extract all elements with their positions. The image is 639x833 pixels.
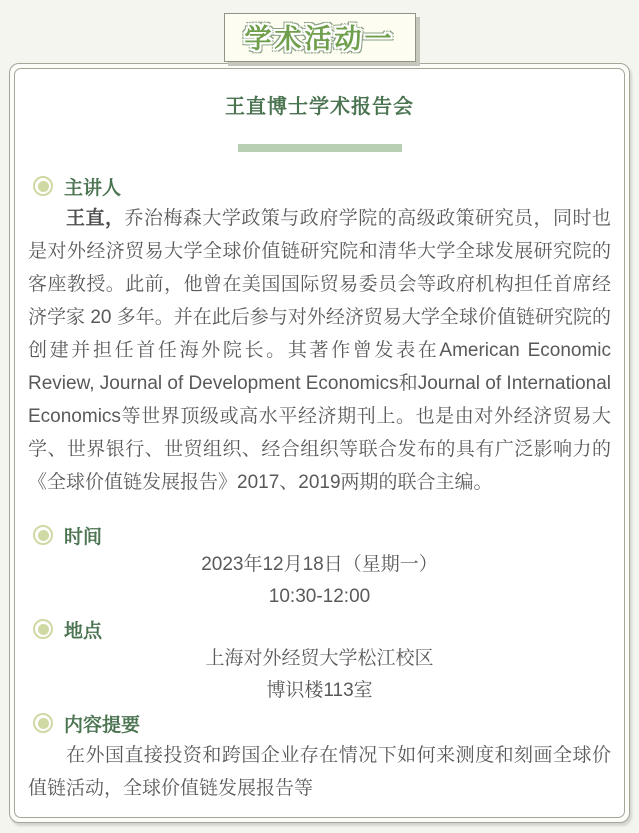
- speaker-bio-paragraph: 王直，乔治梅森大学政策与政府学院的高级政策研究员，同时也是对外经济贸易大学全球价…: [28, 202, 611, 499]
- event-hours: 10:30-12:00: [28, 581, 611, 613]
- title-divider: [238, 144, 402, 152]
- header-badge-container: 学术活动一: [0, 0, 639, 55]
- radio-bullet-icon: [33, 619, 53, 639]
- event-room: 博识楼113室: [28, 675, 611, 707]
- section-summary-label: 内容提要: [64, 710, 140, 737]
- section-time-header: 时间: [33, 521, 611, 549]
- event-campus: 上海对外经贸大学松江校区: [28, 643, 611, 675]
- radio-bullet-dot: [38, 718, 49, 729]
- event-badge-label: 学术活动一: [245, 24, 395, 54]
- section-summary-header: 内容提要: [33, 709, 611, 737]
- speaker-name: 王直，: [66, 208, 124, 229]
- radio-bullet-dot: [38, 181, 49, 192]
- radio-bullet-dot: [38, 530, 49, 541]
- section-location-header: 地点: [33, 615, 611, 643]
- section-time-label: 时间: [64, 522, 102, 549]
- speaker-bio-text: 乔治梅森大学政策与政府学院的高级政策研究员，同时也是对外经济贸易大学全球价值链研…: [28, 208, 611, 493]
- radio-bullet-icon: [33, 525, 53, 545]
- page-title: 王直博士学术报告会: [28, 93, 611, 121]
- event-date: 2023年12月18日（星期一）: [28, 549, 611, 581]
- section-speaker-header: 主讲人: [33, 172, 611, 200]
- radio-bullet-icon: [33, 713, 53, 733]
- event-badge: 学术活动一: [224, 13, 416, 62]
- announcement-card: 王直博士学术报告会 主讲人 王直，乔治梅森大学政策与政府学院的高级政策研究员，同…: [9, 63, 630, 823]
- announcement-card-inner: 王直博士学术报告会 主讲人 王直，乔治梅森大学政策与政府学院的高级政策研究员，同…: [14, 68, 625, 818]
- section-location-label: 地点: [64, 616, 102, 643]
- radio-bullet-icon: [33, 176, 53, 196]
- section-speaker-label: 主讲人: [64, 173, 121, 200]
- radio-bullet-dot: [38, 624, 49, 635]
- page-background: 学术活动一 王直博士学术报告会 主讲人 王直，乔治梅森大学政策与政府学院的高级政…: [0, 0, 639, 833]
- summary-paragraph: 在外国直接投资和跨国企业存在情况下如何来测度和刻画全球价值链活动，全球价值链发展…: [28, 739, 611, 805]
